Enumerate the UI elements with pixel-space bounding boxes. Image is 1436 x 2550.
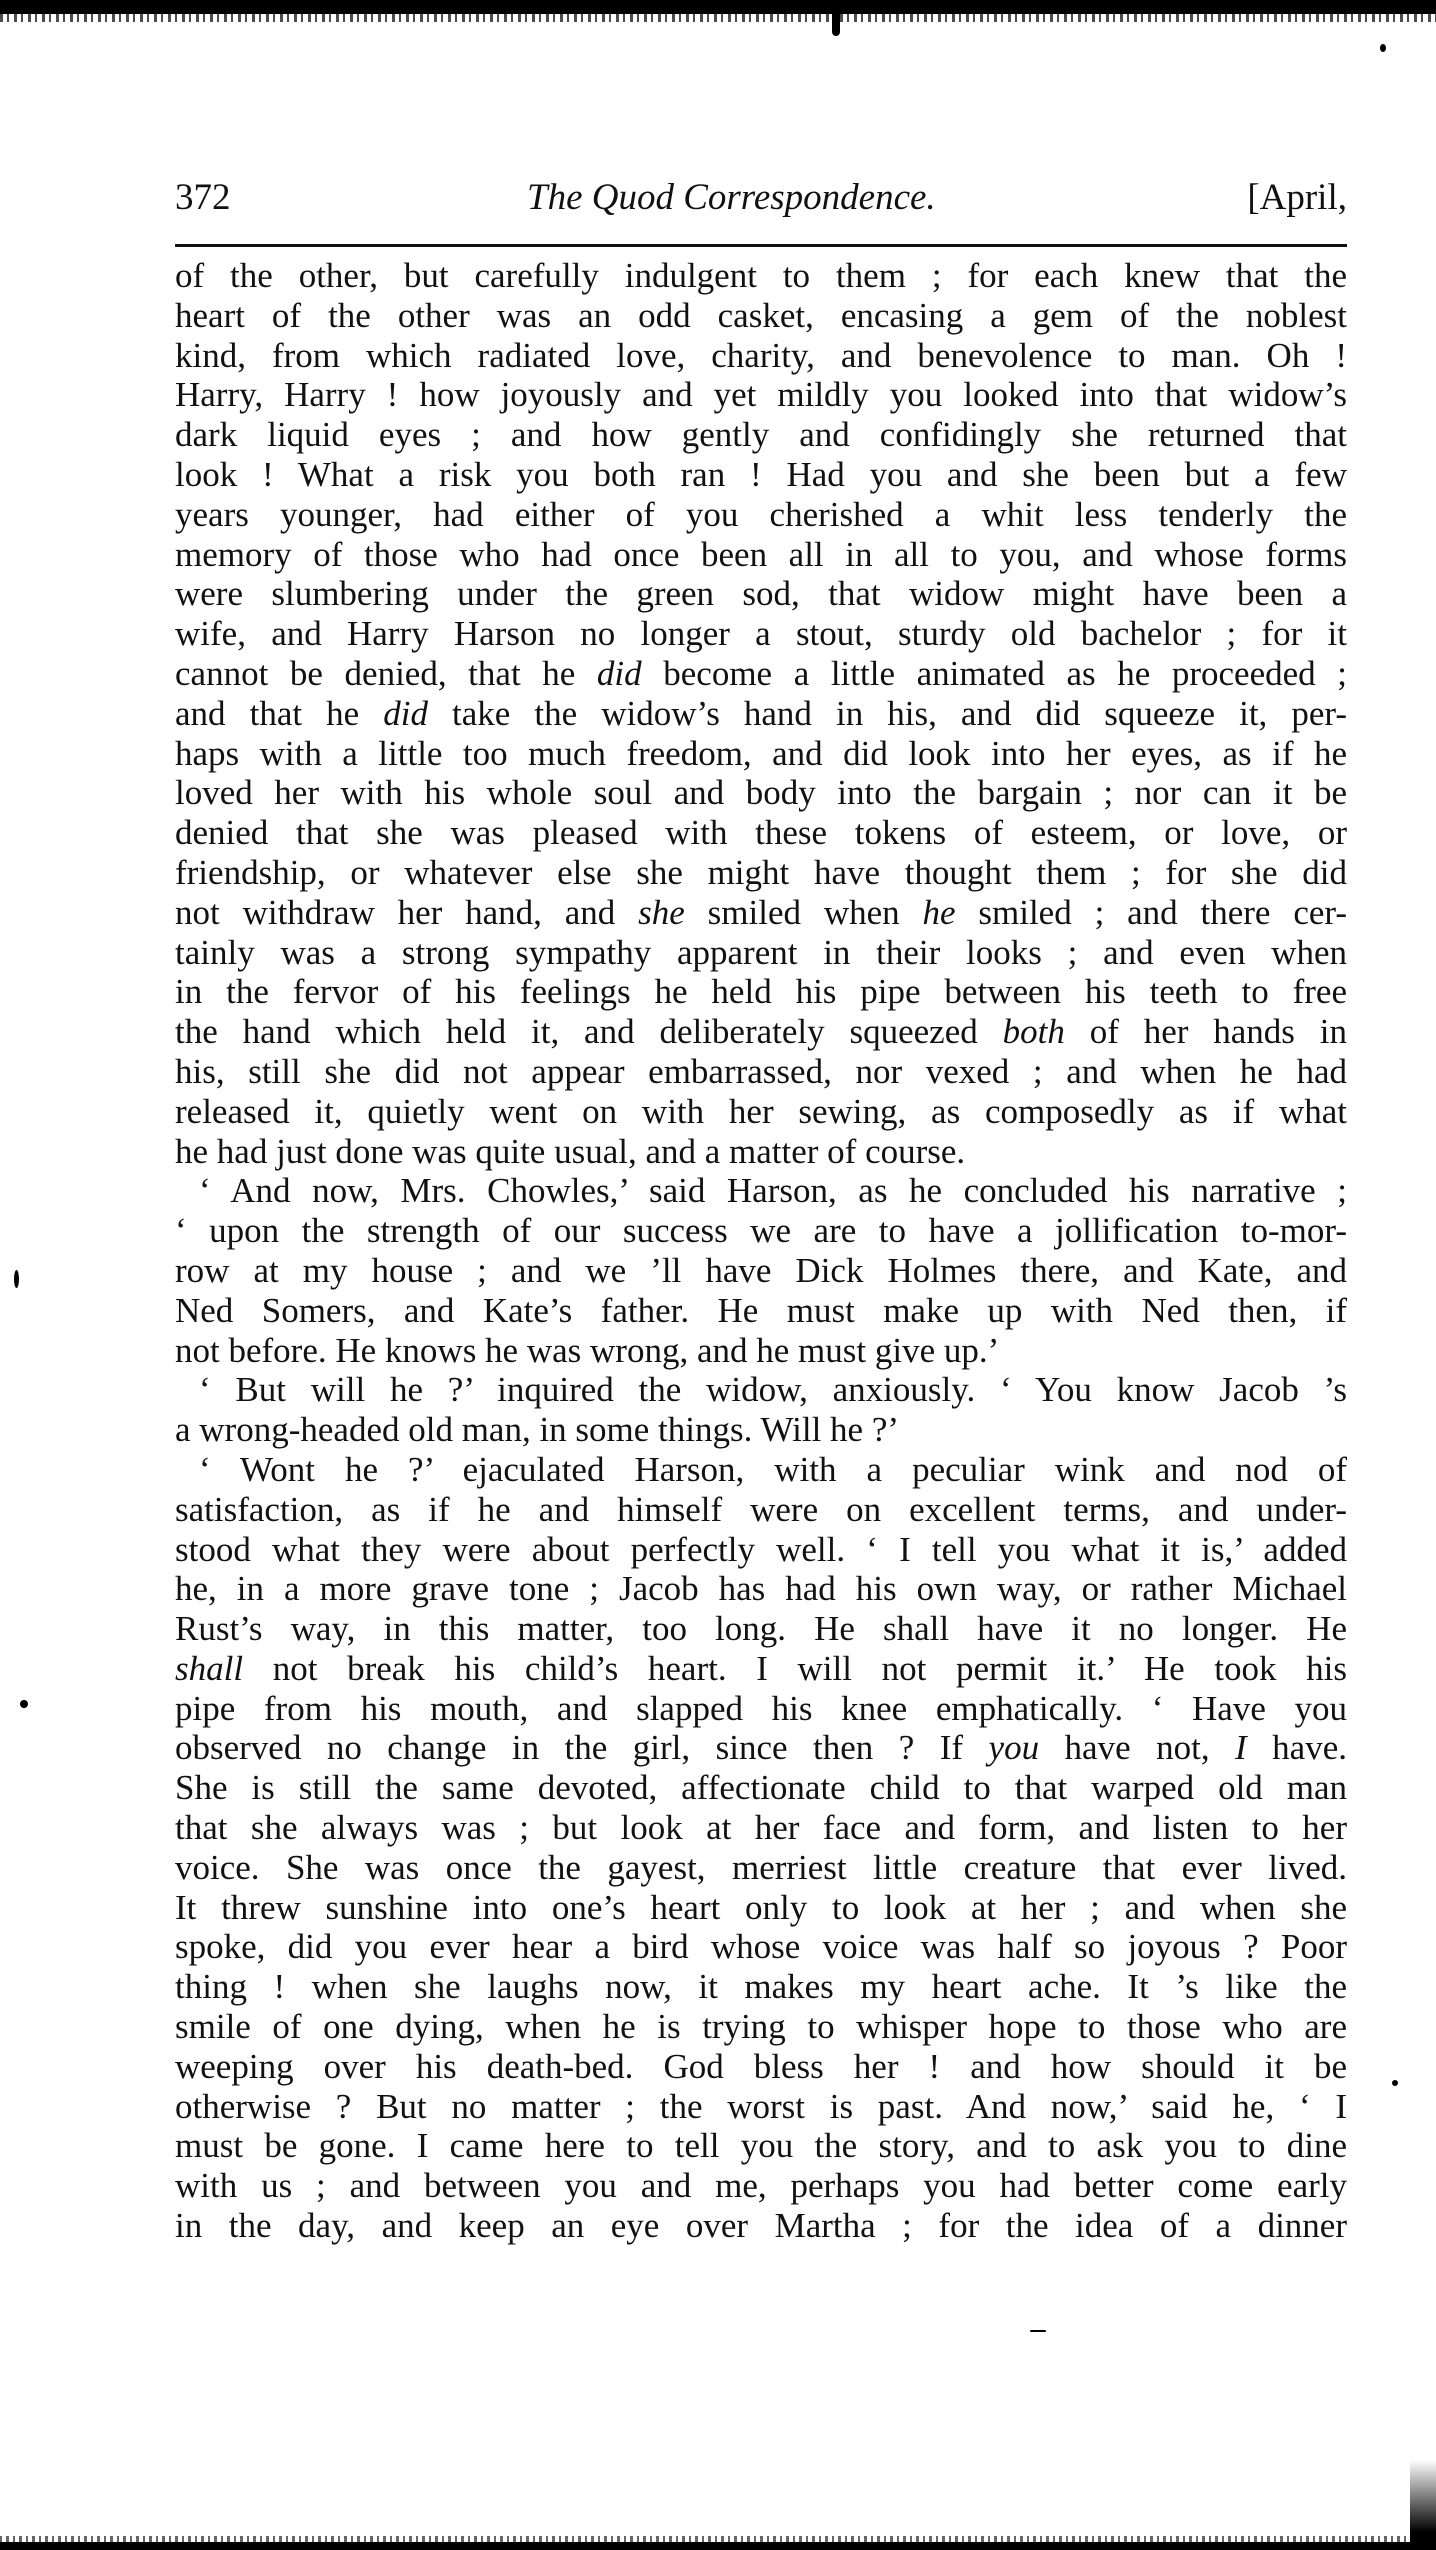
text-run: smiled when — [685, 893, 923, 932]
text-line: denied that she was pleased with these t… — [175, 813, 1347, 853]
text-run: not break his child’s heart. I will not … — [243, 1649, 1347, 1688]
text-run: not withdraw her hand, and — [175, 893, 638, 932]
text-line: must be gone. I came here to tell you th… — [175, 2126, 1347, 2166]
scan-speck — [1030, 2330, 1046, 2332]
body-text: of the other, but carefully indulgent to… — [175, 256, 1347, 2246]
text-line: observed no change in the girl, since th… — [175, 1728, 1347, 1768]
text-run: become a little animated as he proceeded… — [642, 654, 1347, 693]
text-line: dark liquid eyes ; and how gently and co… — [175, 415, 1347, 455]
text-line: Harry, Harry ! how joyously and yet mild… — [175, 375, 1347, 415]
text-line: pipe from his mouth, and slapped his kne… — [175, 1689, 1347, 1729]
emphasis: did — [597, 654, 642, 693]
text-run: of her hands in — [1065, 1012, 1347, 1051]
text-run: observed no change in the girl, since th… — [175, 1728, 989, 1767]
text-line: loved her with his whole soul and body i… — [175, 773, 1347, 813]
text-line: ‘ Wont he ?’ ejaculated Harson, with a p… — [175, 1450, 1347, 1490]
emphasis: both — [1003, 1012, 1065, 1051]
text-line: a wrong-headed old man, in some things. … — [175, 1410, 1347, 1450]
text-line: of the other, but carefully indulgent to… — [175, 256, 1347, 296]
emphasis: she — [638, 893, 685, 932]
emphasis: did — [383, 694, 428, 733]
text-line: smile of one dying, when he is trying to… — [175, 2007, 1347, 2047]
text-line: shall not break his child’s heart. I wil… — [175, 1649, 1347, 1689]
text-line: Ned Somers, and Kate’s father. He must m… — [175, 1291, 1347, 1331]
text-line: wife, and Harry Harson no longer a stout… — [175, 614, 1347, 654]
section-date: [April, — [1247, 176, 1347, 219]
text-line: tainly was a strong sympathy apparent in… — [175, 933, 1347, 973]
header-rule — [175, 244, 1347, 247]
running-title: The Quod Correspondence. — [527, 176, 936, 219]
page-number: 372 — [175, 176, 231, 219]
text-line: heart of the other was an odd casket, en… — [175, 296, 1347, 336]
text-line: were slumbering under the green sod, tha… — [175, 574, 1347, 614]
text-line: he, in a more grave tone ; Jacob has had… — [175, 1569, 1347, 1609]
text-line: voice. She was once the gayest, merriest… — [175, 1848, 1347, 1888]
text-run: have. — [1247, 1728, 1347, 1767]
text-line: not withdraw her hand, and she smiled wh… — [175, 893, 1347, 933]
text-line: ‘ upon the strength of our success we ar… — [175, 1211, 1347, 1251]
text-line: stood what they were about perfectly wel… — [175, 1530, 1347, 1570]
text-run: smiled ; and there cer- — [956, 893, 1347, 932]
scan-speck — [14, 1270, 19, 1288]
text-line: weeping over his death-bed. God bless he… — [175, 2047, 1347, 2087]
scan-speck — [1380, 44, 1386, 52]
emphasis: I — [1235, 1728, 1247, 1767]
text-line: ‘ But will he ?’ inquired the widow, anx… — [175, 1370, 1347, 1410]
page-header: 372 The Quod Correspondence. [April, — [175, 176, 1347, 224]
text-line: satisfaction, as if he and himself were … — [175, 1490, 1347, 1530]
text-line: ‘ And now, Mrs. Chowles,’ said Harson, a… — [175, 1171, 1347, 1211]
text-line: not before. He knows he was wrong, and h… — [175, 1331, 1347, 1371]
text-run: and that he — [175, 694, 383, 733]
scan-artifact-corner — [1410, 2460, 1436, 2550]
text-run: cannot be denied, that he — [175, 654, 597, 693]
text-line: in the fervor of his feelings he held hi… — [175, 972, 1347, 1012]
text-run: the hand which held it, and deliberately… — [175, 1012, 1003, 1051]
text-line: haps with a little too much freedom, and… — [175, 734, 1347, 774]
text-line: otherwise ? But no matter ; the worst is… — [175, 2087, 1347, 2127]
text-line: he had just done was quite usual, and a … — [175, 1132, 1347, 1172]
text-line: row at my house ; and we ’ll have Dick H… — [175, 1251, 1347, 1291]
scan-speck — [1392, 2080, 1398, 2086]
text-line: cannot be denied, that he did become a l… — [175, 654, 1347, 694]
text-run: take the widow’s hand in his, and did sq… — [428, 694, 1347, 733]
text-line: with us ; and between you and me, perhap… — [175, 2166, 1347, 2206]
text-line: the hand which held it, and deliberately… — [175, 1012, 1347, 1052]
text-line: in the day, and keep an eye over Martha … — [175, 2206, 1347, 2246]
emphasis: shall — [175, 1649, 243, 1688]
text-line: Rust’s way, in this matter, too long. He… — [175, 1609, 1347, 1649]
text-line: memory of those who had once been all in… — [175, 535, 1347, 575]
text-line: friendship, or whatever else she might h… — [175, 853, 1347, 893]
text-line: spoke, did you ever hear a bird whose vo… — [175, 1927, 1347, 1967]
text-run: have not, — [1039, 1728, 1235, 1767]
text-line: released it, quietly went on with her se… — [175, 1092, 1347, 1132]
text-line: thing ! when she laughs now, it makes my… — [175, 1967, 1347, 2007]
scan-speck — [20, 1700, 28, 1708]
emphasis: he — [923, 893, 956, 932]
text-line: and that he did take the widow’s hand in… — [175, 694, 1347, 734]
text-line: his, still she did not appear embarrasse… — [175, 1052, 1347, 1092]
emphasis: you — [989, 1728, 1040, 1767]
text-line: years younger, had either of you cherish… — [175, 495, 1347, 535]
text-line: She is still the same devoted, affection… — [175, 1768, 1347, 1808]
scan-border-bottom — [0, 2542, 1436, 2550]
scan-border-top-edge — [0, 12, 1436, 22]
scan-artifact-drip — [832, 12, 840, 36]
text-line: It threw sunshine into one’s heart only … — [175, 1888, 1347, 1928]
text-line: look ! What a risk you both ran ! Had yo… — [175, 455, 1347, 495]
text-line: kind, from which radiated love, charity,… — [175, 336, 1347, 376]
text-line: that she always was ; but look at her fa… — [175, 1808, 1347, 1848]
